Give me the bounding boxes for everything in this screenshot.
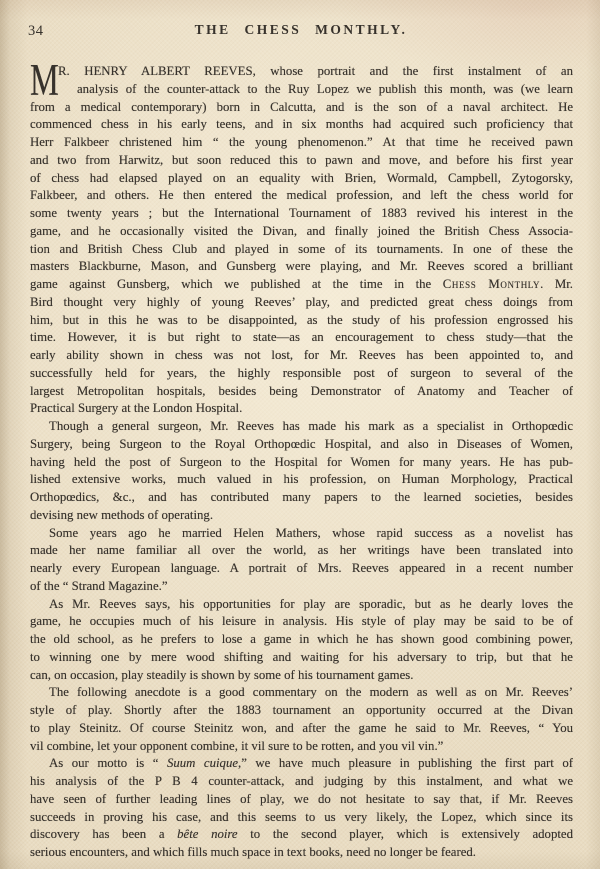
text-segment: early ability shown in chess was not los… bbox=[30, 348, 573, 362]
text-segment: to winning one by mere wood shifting and… bbox=[30, 650, 573, 664]
text-line: discovery has been a bête noire to the s… bbox=[30, 826, 573, 844]
text-segment: to the second player, which is extensive… bbox=[238, 827, 573, 841]
text-segment: have seen of further leading lines of pl… bbox=[30, 792, 573, 806]
text-segment: time. However, it is but right to state—… bbox=[30, 330, 573, 344]
text-line: successfully held for years, the highly … bbox=[30, 365, 573, 383]
text-segment: Practical Surgery at the London Hospital… bbox=[30, 401, 242, 415]
page-number: 34 bbox=[28, 23, 44, 40]
article-body: M R. HENRY ALBERT REEVES, whose portrait… bbox=[30, 63, 573, 862]
text-line: Falkbeer, and others. He then entered th… bbox=[30, 187, 573, 205]
text-segment: of the “ Strand Magazine.” bbox=[30, 579, 168, 593]
text-line: vil combine, let your opponent combine, … bbox=[30, 738, 573, 756]
text-segment: R. HENRY ALBERT REEVES, whose portrait a… bbox=[58, 64, 573, 78]
text-segment: discovery has been a bbox=[30, 827, 177, 841]
text-segment: from a medical contemporary) born in Cal… bbox=[30, 100, 573, 114]
text-line: succeeds in proving his case, and this s… bbox=[30, 809, 573, 827]
text-segment: game, he occupies much of his leisure in… bbox=[30, 614, 573, 628]
text-segment: Though a general surgeon, Mr. Reeves has… bbox=[49, 419, 573, 433]
text-segment: game against Gunsberg, which we publishe… bbox=[30, 277, 443, 291]
text-line: style of play. Shortly after the 1883 to… bbox=[30, 702, 573, 720]
text-segment: of chess had elapsed played on an equali… bbox=[30, 171, 573, 185]
text-line: lished extensive works, much valued in h… bbox=[30, 471, 573, 489]
text-line: to winning one by mere wood shifting and… bbox=[30, 649, 573, 667]
text-segment: the old school, as he prefers to lose a … bbox=[30, 632, 573, 646]
text-segment: some twenty years ; but the Internationa… bbox=[30, 206, 573, 220]
text-segment: Orthopœdics, &c., and has contributed ma… bbox=[30, 490, 573, 504]
text-segment: his analysis of the P B 4 counter-attack… bbox=[30, 774, 573, 788]
text-segment: style of play. Shortly after the 1883 to… bbox=[30, 703, 573, 717]
text-segment: Some years ago he married Helen Mathers,… bbox=[49, 526, 573, 540]
text-line: from a medical contemporary) born in Cal… bbox=[30, 99, 573, 117]
text-line: Bird thought very highly of young Reeves… bbox=[30, 294, 573, 312]
text-line: Some years ago he married Helen Mathers,… bbox=[30, 525, 573, 543]
text-line: nearly every European language. A portra… bbox=[30, 560, 573, 578]
text-line: As our motto is “ Suum cuique,” we have … bbox=[30, 755, 573, 773]
text-segment: devising new methods of operating. bbox=[30, 508, 213, 522]
text-segment: serious encounters, and which fills much… bbox=[30, 845, 476, 859]
text-line: of chess had elapsed played on an equali… bbox=[30, 170, 573, 188]
text-line: to play Steinitz. Of course Steinitz won… bbox=[30, 720, 573, 738]
text-segment: Herr Falkbeer christened him “ the young… bbox=[30, 135, 573, 149]
text-line: Surgery, being Surgeon to the Royal Orth… bbox=[30, 436, 573, 454]
text-segment: As Mr. Reeves says, his opportunities fo… bbox=[49, 597, 573, 611]
text-line: game, he occupies much of his leisure in… bbox=[30, 613, 573, 631]
text-segment: ,” we have much pleasure in publishing t… bbox=[238, 756, 573, 770]
text-segment: tion and British Chess Club and played i… bbox=[30, 242, 573, 256]
text-segment: successfully held for years, the highly … bbox=[30, 366, 573, 380]
text-segment: nearly every European language. A portra… bbox=[30, 561, 573, 575]
text-segment: Bird thought very highly of young Reeves… bbox=[30, 295, 573, 309]
text-line: him, but in this he was to be disappoint… bbox=[30, 312, 573, 330]
drop-cap-letter: M bbox=[30, 63, 59, 97]
text-line: of the “ Strand Magazine.” bbox=[30, 578, 573, 596]
text-segment: made her name familiar all over the worl… bbox=[30, 543, 573, 557]
text-line: made her name familiar all over the worl… bbox=[30, 542, 573, 560]
scanned-page: 34 THE CHESS MONTHLY. M R. HENRY ALBERT … bbox=[0, 0, 600, 869]
text-segment: lished extensive works, much valued in h… bbox=[30, 472, 573, 486]
text-line: the old school, as he prefers to lose a … bbox=[30, 631, 573, 649]
text-segment: As our motto is “ bbox=[49, 756, 167, 770]
text-segment: can, on occasion, play steadily is shown… bbox=[30, 668, 413, 682]
text-line: time. However, it is but right to state—… bbox=[30, 329, 573, 347]
text-line: his analysis of the P B 4 counter-attack… bbox=[30, 773, 573, 791]
text-line: devising new methods of operating. bbox=[30, 507, 573, 525]
text-line: The following anecdote is a good comment… bbox=[30, 684, 573, 702]
text-line: Orthopœdics, &c., and has contributed ma… bbox=[30, 489, 573, 507]
text-line: early ability shown in chess was not los… bbox=[30, 347, 573, 365]
text-segment: Falkbeer, and others. He then entered th… bbox=[30, 188, 573, 202]
text-line: serious encounters, and which fills much… bbox=[30, 844, 573, 862]
text-segment: him, but in this he was to be disappoint… bbox=[30, 313, 573, 327]
text-line: Though a general surgeon, Mr. Reeves has… bbox=[30, 418, 573, 436]
text-line: As Mr. Reeves says, his opportunities fo… bbox=[30, 596, 573, 614]
text-segment: Surgery, being Surgeon to the Royal Orth… bbox=[30, 437, 573, 451]
text-line: largest Metropolitan hospitals, besides … bbox=[30, 383, 573, 401]
text-line: R. HENRY ALBERT REEVES, whose portrait a… bbox=[30, 63, 573, 81]
text-segment: largest Metropolitan hospitals, besides … bbox=[30, 384, 573, 398]
text-segment: The following anecdote is a good comment… bbox=[49, 685, 573, 699]
text-segment: commenced chess in his early teens, and … bbox=[30, 117, 573, 131]
text-line: Practical Surgery at the London Hospital… bbox=[30, 400, 573, 418]
text-segment: vil combine, let your opponent combine, … bbox=[30, 739, 443, 753]
text-line: some twenty years ; but the Internationa… bbox=[30, 205, 573, 223]
text-line: masters Blackburne, Mason, and Gunsberg … bbox=[30, 258, 573, 276]
italic-text: Suum cuique bbox=[167, 756, 238, 770]
text-segment: masters Blackburne, Mason, and Gunsberg … bbox=[30, 259, 573, 273]
text-line: game, and he occasionally visited the Di… bbox=[30, 223, 573, 241]
text-segment: and two from Harwitz, but soon reduced t… bbox=[30, 153, 573, 167]
text-segment: succeeds in proving his case, and this s… bbox=[30, 810, 573, 824]
text-line: have seen of further leading lines of pl… bbox=[30, 791, 573, 809]
text-segment: to play Steinitz. Of course Steinitz won… bbox=[30, 721, 573, 735]
text-line: analysis of the counter-attack to the Ru… bbox=[30, 81, 573, 99]
text-segment: . Mr. bbox=[540, 277, 573, 291]
text-line: Herr Falkbeer christened him “ the young… bbox=[30, 134, 573, 152]
text-segment: analysis of the counter-attack to the Ru… bbox=[77, 82, 573, 96]
text-line: tion and British Chess Club and played i… bbox=[30, 241, 573, 259]
text-segment: game, and he occasionally visited the Di… bbox=[30, 224, 573, 238]
text-line: can, on occasion, play steadily is shown… bbox=[30, 667, 573, 685]
page-header: 34 THE CHESS MONTHLY. bbox=[30, 22, 572, 42]
text-segment: having held the post of Surgeon to the H… bbox=[30, 455, 573, 469]
italic-text: bête noire bbox=[177, 827, 237, 841]
small-caps-text: Chess Monthly bbox=[443, 277, 540, 291]
text-line: and two from Harwitz, but soon reduced t… bbox=[30, 152, 573, 170]
running-title: THE CHESS MONTHLY. bbox=[30, 22, 572, 38]
text-line: commenced chess in his early teens, and … bbox=[30, 116, 573, 134]
text-line: having held the post of Surgeon to the H… bbox=[30, 454, 573, 472]
text-line: game against Gunsberg, which we publishe… bbox=[30, 276, 573, 294]
